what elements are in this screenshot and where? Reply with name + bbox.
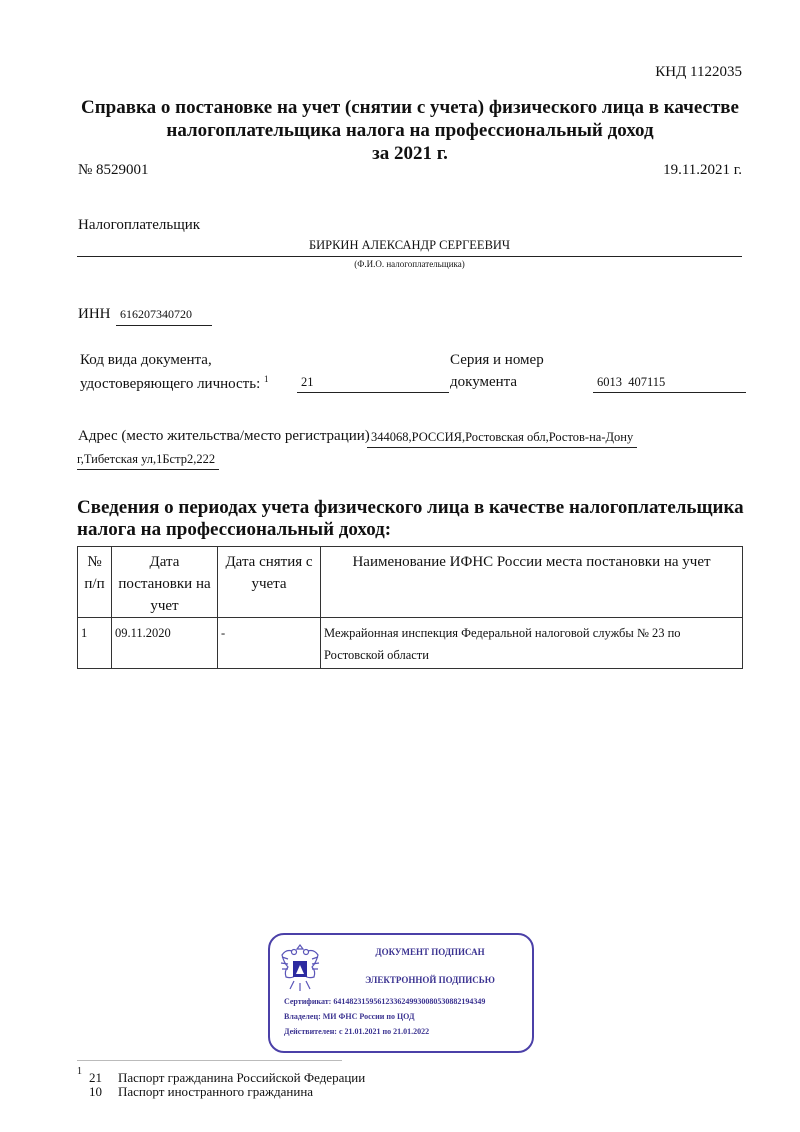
title-line-2: налогоплательщика налога на профессионал… bbox=[60, 119, 760, 142]
doc-code-label-line1: Код вида документа, bbox=[80, 352, 212, 369]
periods-table: № п/п Дата постановки на учет Дата сняти… bbox=[77, 546, 743, 669]
inn-value: 616207340720 bbox=[116, 307, 212, 326]
footnote-divider bbox=[77, 1060, 342, 1061]
column-header-authority: Наименование ИФНС России места постановк… bbox=[321, 547, 743, 618]
periods-title-line-1: Сведения о периодах учета физического ли… bbox=[77, 497, 757, 519]
address-line-1: 344068,РОССИЯ,Ростовская обл,Ростов-на-Д… bbox=[367, 430, 637, 448]
title-line-3: за 2021 г. bbox=[60, 142, 760, 165]
document-date: 19.11.2021 г. bbox=[663, 162, 742, 179]
inn-label: ИНН bbox=[78, 306, 111, 323]
table-row: 1 09.11.2020 - Межрайонная инспекция Фед… bbox=[78, 618, 743, 669]
document-number: № 8529001 bbox=[78, 162, 149, 179]
series-label-line2: документа bbox=[450, 374, 517, 391]
title-line-1: Справка о постановке на учет (снятии с у… bbox=[60, 96, 760, 119]
cell-registered: 09.11.2020 bbox=[112, 618, 218, 669]
document-title: Справка о постановке на учет (снятии с у… bbox=[60, 96, 760, 165]
column-header-index: № п/п bbox=[78, 547, 112, 618]
electronic-signature-stamp: ДОКУМЕНТ ПОДПИСАН ЭЛЕКТРОННОЙ ПОДПИСЬЮ С… bbox=[268, 933, 534, 1053]
footnote-ref: 1 bbox=[264, 374, 269, 384]
address-label: Адрес (место жительства/место регистраци… bbox=[78, 428, 370, 445]
stamp-line-2: ЭЛЕКТРОННОЙ ПОДПИСЬЮ bbox=[340, 975, 520, 985]
footnote-code-2: 10 bbox=[89, 1084, 102, 1100]
periods-title-line-2: налога на профессиональный доход: bbox=[77, 519, 757, 541]
cell-deregistered: - bbox=[218, 618, 321, 669]
footnote-marker: 1 bbox=[77, 1066, 82, 1077]
stamp-owner: Владелец: МИ ФНС России по ЦОД bbox=[284, 1012, 414, 1021]
cell-index: 1 bbox=[78, 618, 112, 669]
form-code: КНД 1122035 bbox=[655, 64, 742, 81]
coat-of-arms-icon bbox=[276, 941, 324, 993]
taxpayer-label: Налогоплательщик bbox=[78, 217, 200, 234]
series-label-line1: Серия и номер bbox=[450, 352, 544, 369]
column-header-registered: Дата постановки на учет bbox=[112, 547, 218, 618]
stamp-line-1: ДОКУМЕНТ ПОДПИСАН bbox=[340, 947, 520, 957]
periods-section-title: Сведения о периодах учета физического ли… bbox=[77, 497, 757, 541]
column-header-deregistered: Дата снятия с учета bbox=[218, 547, 321, 618]
stamp-validity: Действителен: с 21.01.2021 по 21.01.2022 bbox=[284, 1027, 429, 1036]
stamp-certificate: Сертификат: 6414823159561233624993008053… bbox=[284, 997, 485, 1006]
cell-authority: Межрайонная инспекция Федеральной налого… bbox=[321, 618, 743, 669]
address-line-2: г,Тибетская ул,1Бстр2,222 bbox=[77, 452, 219, 470]
taxpayer-name: БИРКИН АЛЕКСАНДР СЕРГЕЕВИЧ bbox=[77, 238, 742, 253]
doc-code-label-line2: удостоверяющего личность: 1 bbox=[80, 374, 269, 393]
taxpayer-name-caption: (Ф.И.О. налогоплательщика) bbox=[77, 259, 742, 269]
doc-code-value: 21 bbox=[297, 375, 449, 393]
doc-code-label-text: удостоверяющего личность: bbox=[80, 376, 260, 392]
table-header-row: № п/п Дата постановки на учет Дата сняти… bbox=[78, 547, 743, 618]
footnote-text-2: Паспорт иностранного гражданина bbox=[118, 1084, 313, 1100]
series-number-value: 6013 407115 bbox=[593, 375, 746, 393]
taxpayer-name-underline bbox=[77, 256, 742, 257]
